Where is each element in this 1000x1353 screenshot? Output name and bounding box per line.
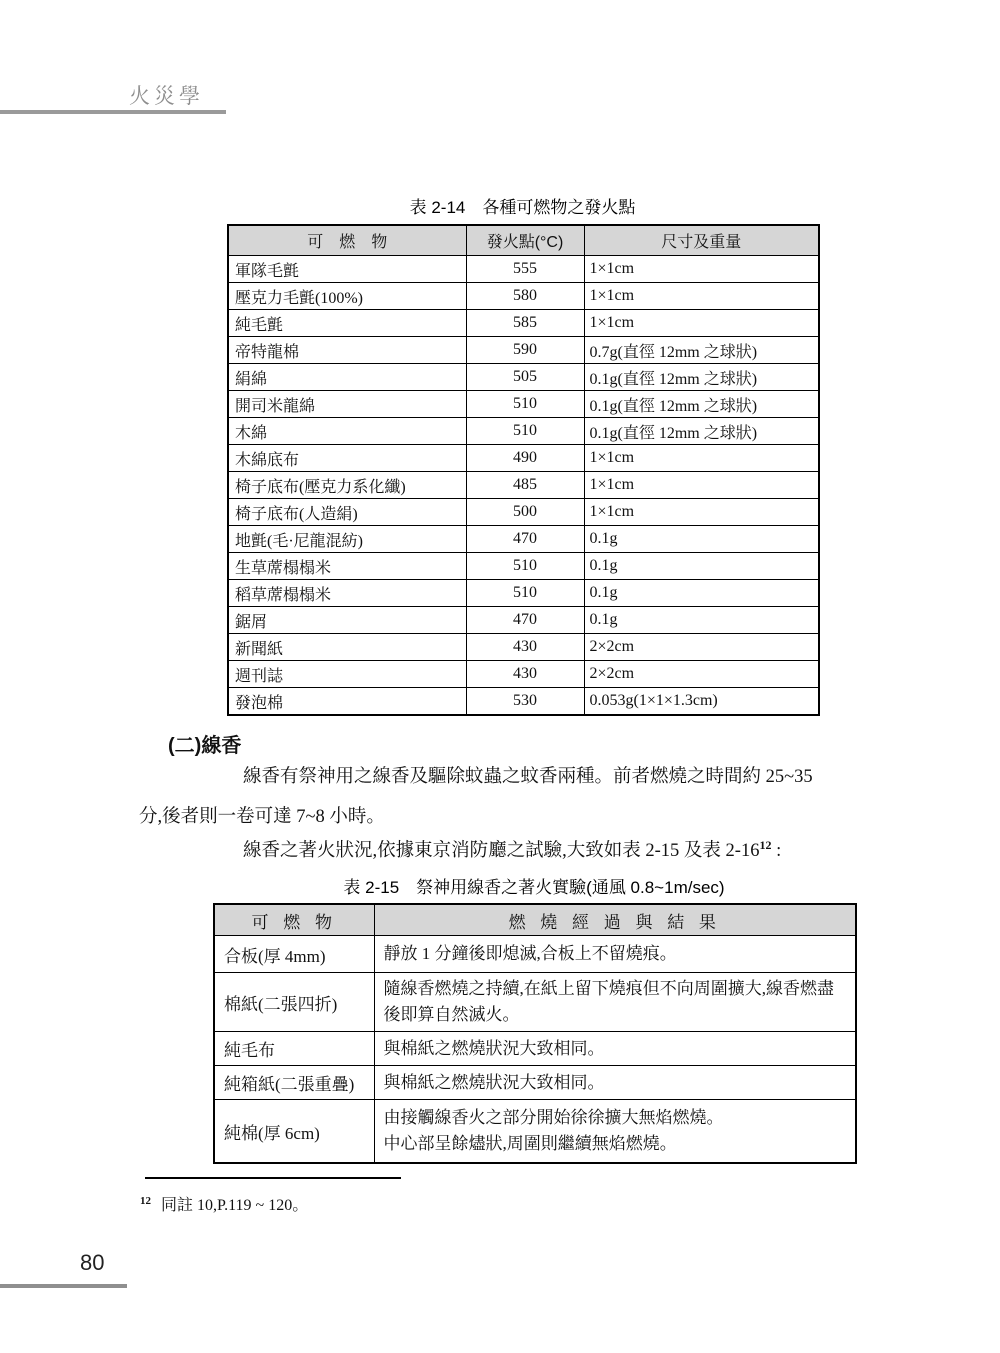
cell-size-weight: 1×1cm <box>584 310 819 337</box>
cell-material: 純毛氈 <box>228 310 466 337</box>
table-row: 純棉(厚 6cm) 由接觸線香火之部分開始徐徐擴大無焰燃燒。 中心部呈餘燼狀,周… <box>214 1100 856 1164</box>
table-row: 生草蓆榻榻米 510 0.1g <box>228 553 819 580</box>
table-row: 純毛氈 585 1×1cm <box>228 310 819 337</box>
cell-burning-result: 隨線香燃燒之持續,在紙上留下燒痕但不向周圍擴大,線香燃盡後即算自然滅火。 <box>374 973 856 1032</box>
table-row: 新聞紙 430 2×2cm <box>228 634 819 661</box>
table-row: 絹綿 505 0.1g(直徑 12mm 之球狀) <box>228 364 819 391</box>
cell-burning-result: 由接觸線香火之部分開始徐徐擴大無焰燃燒。 中心部呈餘燼狀,周圍則繼續無焰燃燒。 <box>374 1100 856 1164</box>
cell-material: 椅子底布(人造絹) <box>228 499 466 526</box>
cell-material: 木綿 <box>228 418 466 445</box>
cell-ignition-point: 490 <box>466 445 584 472</box>
cell-size-weight: 1×1cm <box>584 445 819 472</box>
cell-ignition-point: 430 <box>466 661 584 688</box>
cell-size-weight: 0.1g <box>584 553 819 580</box>
cell-size-weight: 2×2cm <box>584 661 819 688</box>
header-size-weight: 尺寸及重量 <box>584 225 819 256</box>
cell-size-weight: 1×1cm <box>584 256 819 283</box>
cell-ignition-point: 510 <box>466 553 584 580</box>
cell-burning-result: 與棉紙之燃燒狀況大致相同。 <box>374 1066 856 1100</box>
table-row: 木綿底布 490 1×1cm <box>228 445 819 472</box>
paragraph: 線香之著火狀況,依據東京消防廳之試驗,大致如表 2-15 及表 2-1612 : <box>139 825 884 871</box>
cell-material: 鋸屑 <box>228 607 466 634</box>
cell-material: 絹綿 <box>228 364 466 391</box>
page-number-rule <box>0 1284 127 1288</box>
table-row: 鋸屑 470 0.1g <box>228 607 819 634</box>
cell-size-weight: 0.7g(直徑 12mm 之球狀) <box>584 337 819 364</box>
cell-burning-result: 與棉紙之燃燒狀況大致相同。 <box>374 1032 856 1066</box>
footnote: 12同註 10,P.119 ~ 120。 <box>140 1192 308 1215</box>
table-row: 合板(厚 4mm) 靜放 1 分鐘後即熄滅,合板上不留燒痕。 <box>214 936 856 973</box>
cell-ignition-point: 430 <box>466 634 584 661</box>
table-row: 壓克力毛氈(100%) 580 1×1cm <box>228 283 819 310</box>
table-row: 棉紙(二張四折) 隨線香燃燒之持續,在紙上留下燒痕但不向周圍擴大,線香燃盡後即算… <box>214 973 856 1032</box>
cell-size-weight: 0.1g(直徑 12mm 之球狀) <box>584 391 819 418</box>
cell-material: 帝特龍棉 <box>228 337 466 364</box>
document-page: 火災學 表 2-14 各種可燃物之發火點 可 燃 物 發火點(°C) 尺寸及重量… <box>0 0 1000 1353</box>
section-heading: (二)線香 <box>168 729 241 758</box>
cell-material: 純棉(厚 6cm) <box>214 1100 374 1164</box>
cell-material: 稻草蓆榻榻米 <box>228 580 466 607</box>
table-2-14-caption: 表 2-14 各種可燃物之發火點 <box>227 193 818 218</box>
running-header-rule <box>0 110 226 114</box>
cell-ignition-point: 510 <box>466 580 584 607</box>
header-burning-result: 燃 燒 經 過 與 結 果 <box>374 904 856 936</box>
cell-ignition-point: 485 <box>466 472 584 499</box>
cell-ignition-point: 470 <box>466 607 584 634</box>
table-row: 軍隊毛氈 555 1×1cm <box>228 256 819 283</box>
table-row: 帝特龍棉 590 0.7g(直徑 12mm 之球狀) <box>228 337 819 364</box>
paragraph-text: 線香之著火狀況,依據東京消防廳之試驗,大致如表 2-15 及表 2-16 <box>243 841 759 861</box>
cell-size-weight: 0.1g(直徑 12mm 之球狀) <box>584 364 819 391</box>
cell-size-weight: 0.053g(1×1×1.3cm) <box>584 688 819 716</box>
cell-size-weight: 1×1cm <box>584 472 819 499</box>
cell-material: 壓克力毛氈(100%) <box>228 283 466 310</box>
header-ignition-point: 發火點(°C) <box>466 225 584 256</box>
cell-size-weight: 1×1cm <box>584 499 819 526</box>
cell-material: 純箱紙(二張重疊) <box>214 1066 374 1100</box>
table-row: 開司米龍綿 510 0.1g(直徑 12mm 之球狀) <box>228 391 819 418</box>
cell-size-weight: 0.1g <box>584 580 819 607</box>
cell-ignition-point: 500 <box>466 499 584 526</box>
cell-ignition-point: 580 <box>466 283 584 310</box>
running-header-title: 火災學 <box>129 80 204 110</box>
cell-size-weight: 2×2cm <box>584 634 819 661</box>
table-header-row: 可 燃 物 燃 燒 經 過 與 結 果 <box>214 904 856 936</box>
footnote-marker: 12 <box>140 1195 151 1207</box>
paragraph-text: : <box>776 841 781 861</box>
cell-material: 純毛布 <box>214 1032 374 1066</box>
table-row: 純毛布 與棉紙之燃燒狀況大致相同。 <box>214 1032 856 1066</box>
table-row: 週刊誌 430 2×2cm <box>228 661 819 688</box>
cell-material: 開司米龍綿 <box>228 391 466 418</box>
cell-material: 椅子底布(壓克力系化纖) <box>228 472 466 499</box>
cell-material: 發泡棉 <box>228 688 466 716</box>
footnote-reference: 12 <box>759 838 771 852</box>
cell-size-weight: 0.1g <box>584 526 819 553</box>
header-combustible: 可 燃 物 <box>228 225 466 256</box>
cell-ignition-point: 555 <box>466 256 584 283</box>
header-combustible: 可 燃 物 <box>214 904 374 936</box>
table-row: 椅子底布(壓克力系化纖) 485 1×1cm <box>228 472 819 499</box>
cell-ignition-point: 530 <box>466 688 584 716</box>
footnote-text: 同註 10,P.119 ~ 120。 <box>161 1197 308 1214</box>
cell-ignition-point: 510 <box>466 418 584 445</box>
footnote-divider <box>145 1177 401 1179</box>
table-row: 椅子底布(人造絹) 500 1×1cm <box>228 499 819 526</box>
table-row: 地氈(毛·尼龍混紡) 470 0.1g <box>228 526 819 553</box>
cell-material: 棉紙(二張四折) <box>214 973 374 1032</box>
cell-burning-result: 靜放 1 分鐘後即熄滅,合板上不留燒痕。 <box>374 936 856 973</box>
table-2-14: 可 燃 物 發火點(°C) 尺寸及重量 軍隊毛氈 555 1×1cm 壓克力毛氈… <box>227 224 820 716</box>
cell-size-weight: 0.1g <box>584 607 819 634</box>
cell-ignition-point: 585 <box>466 310 584 337</box>
cell-material: 木綿底布 <box>228 445 466 472</box>
cell-size-weight: 0.1g(直徑 12mm 之球狀) <box>584 418 819 445</box>
table-row: 木綿 510 0.1g(直徑 12mm 之球狀) <box>228 418 819 445</box>
cell-material: 新聞紙 <box>228 634 466 661</box>
table-header-row: 可 燃 物 發火點(°C) 尺寸及重量 <box>228 225 819 256</box>
cell-material: 軍隊毛氈 <box>228 256 466 283</box>
cell-material: 地氈(毛·尼龍混紡) <box>228 526 466 553</box>
table-row: 稻草蓆榻榻米 510 0.1g <box>228 580 819 607</box>
cell-ignition-point: 505 <box>466 364 584 391</box>
table-row: 純箱紙(二張重疊) 與棉紙之燃燒狀況大致相同。 <box>214 1066 856 1100</box>
cell-ignition-point: 470 <box>466 526 584 553</box>
cell-material: 週刊誌 <box>228 661 466 688</box>
table-2-15: 可 燃 物 燃 燒 經 過 與 結 果 合板(厚 4mm) 靜放 1 分鐘後即熄… <box>213 903 857 1164</box>
cell-ignition-point: 590 <box>466 337 584 364</box>
cell-material: 合板(厚 4mm) <box>214 936 374 973</box>
table-2-15-caption: 表 2-15 祭神用線香之著火實驗(通風 0.8~1m/sec) <box>213 873 855 898</box>
cell-material: 生草蓆榻榻米 <box>228 553 466 580</box>
page-number: 80 <box>80 1250 104 1276</box>
cell-ignition-point: 510 <box>466 391 584 418</box>
cell-size-weight: 1×1cm <box>584 283 819 310</box>
table-row: 發泡棉 530 0.053g(1×1×1.3cm) <box>228 688 819 716</box>
